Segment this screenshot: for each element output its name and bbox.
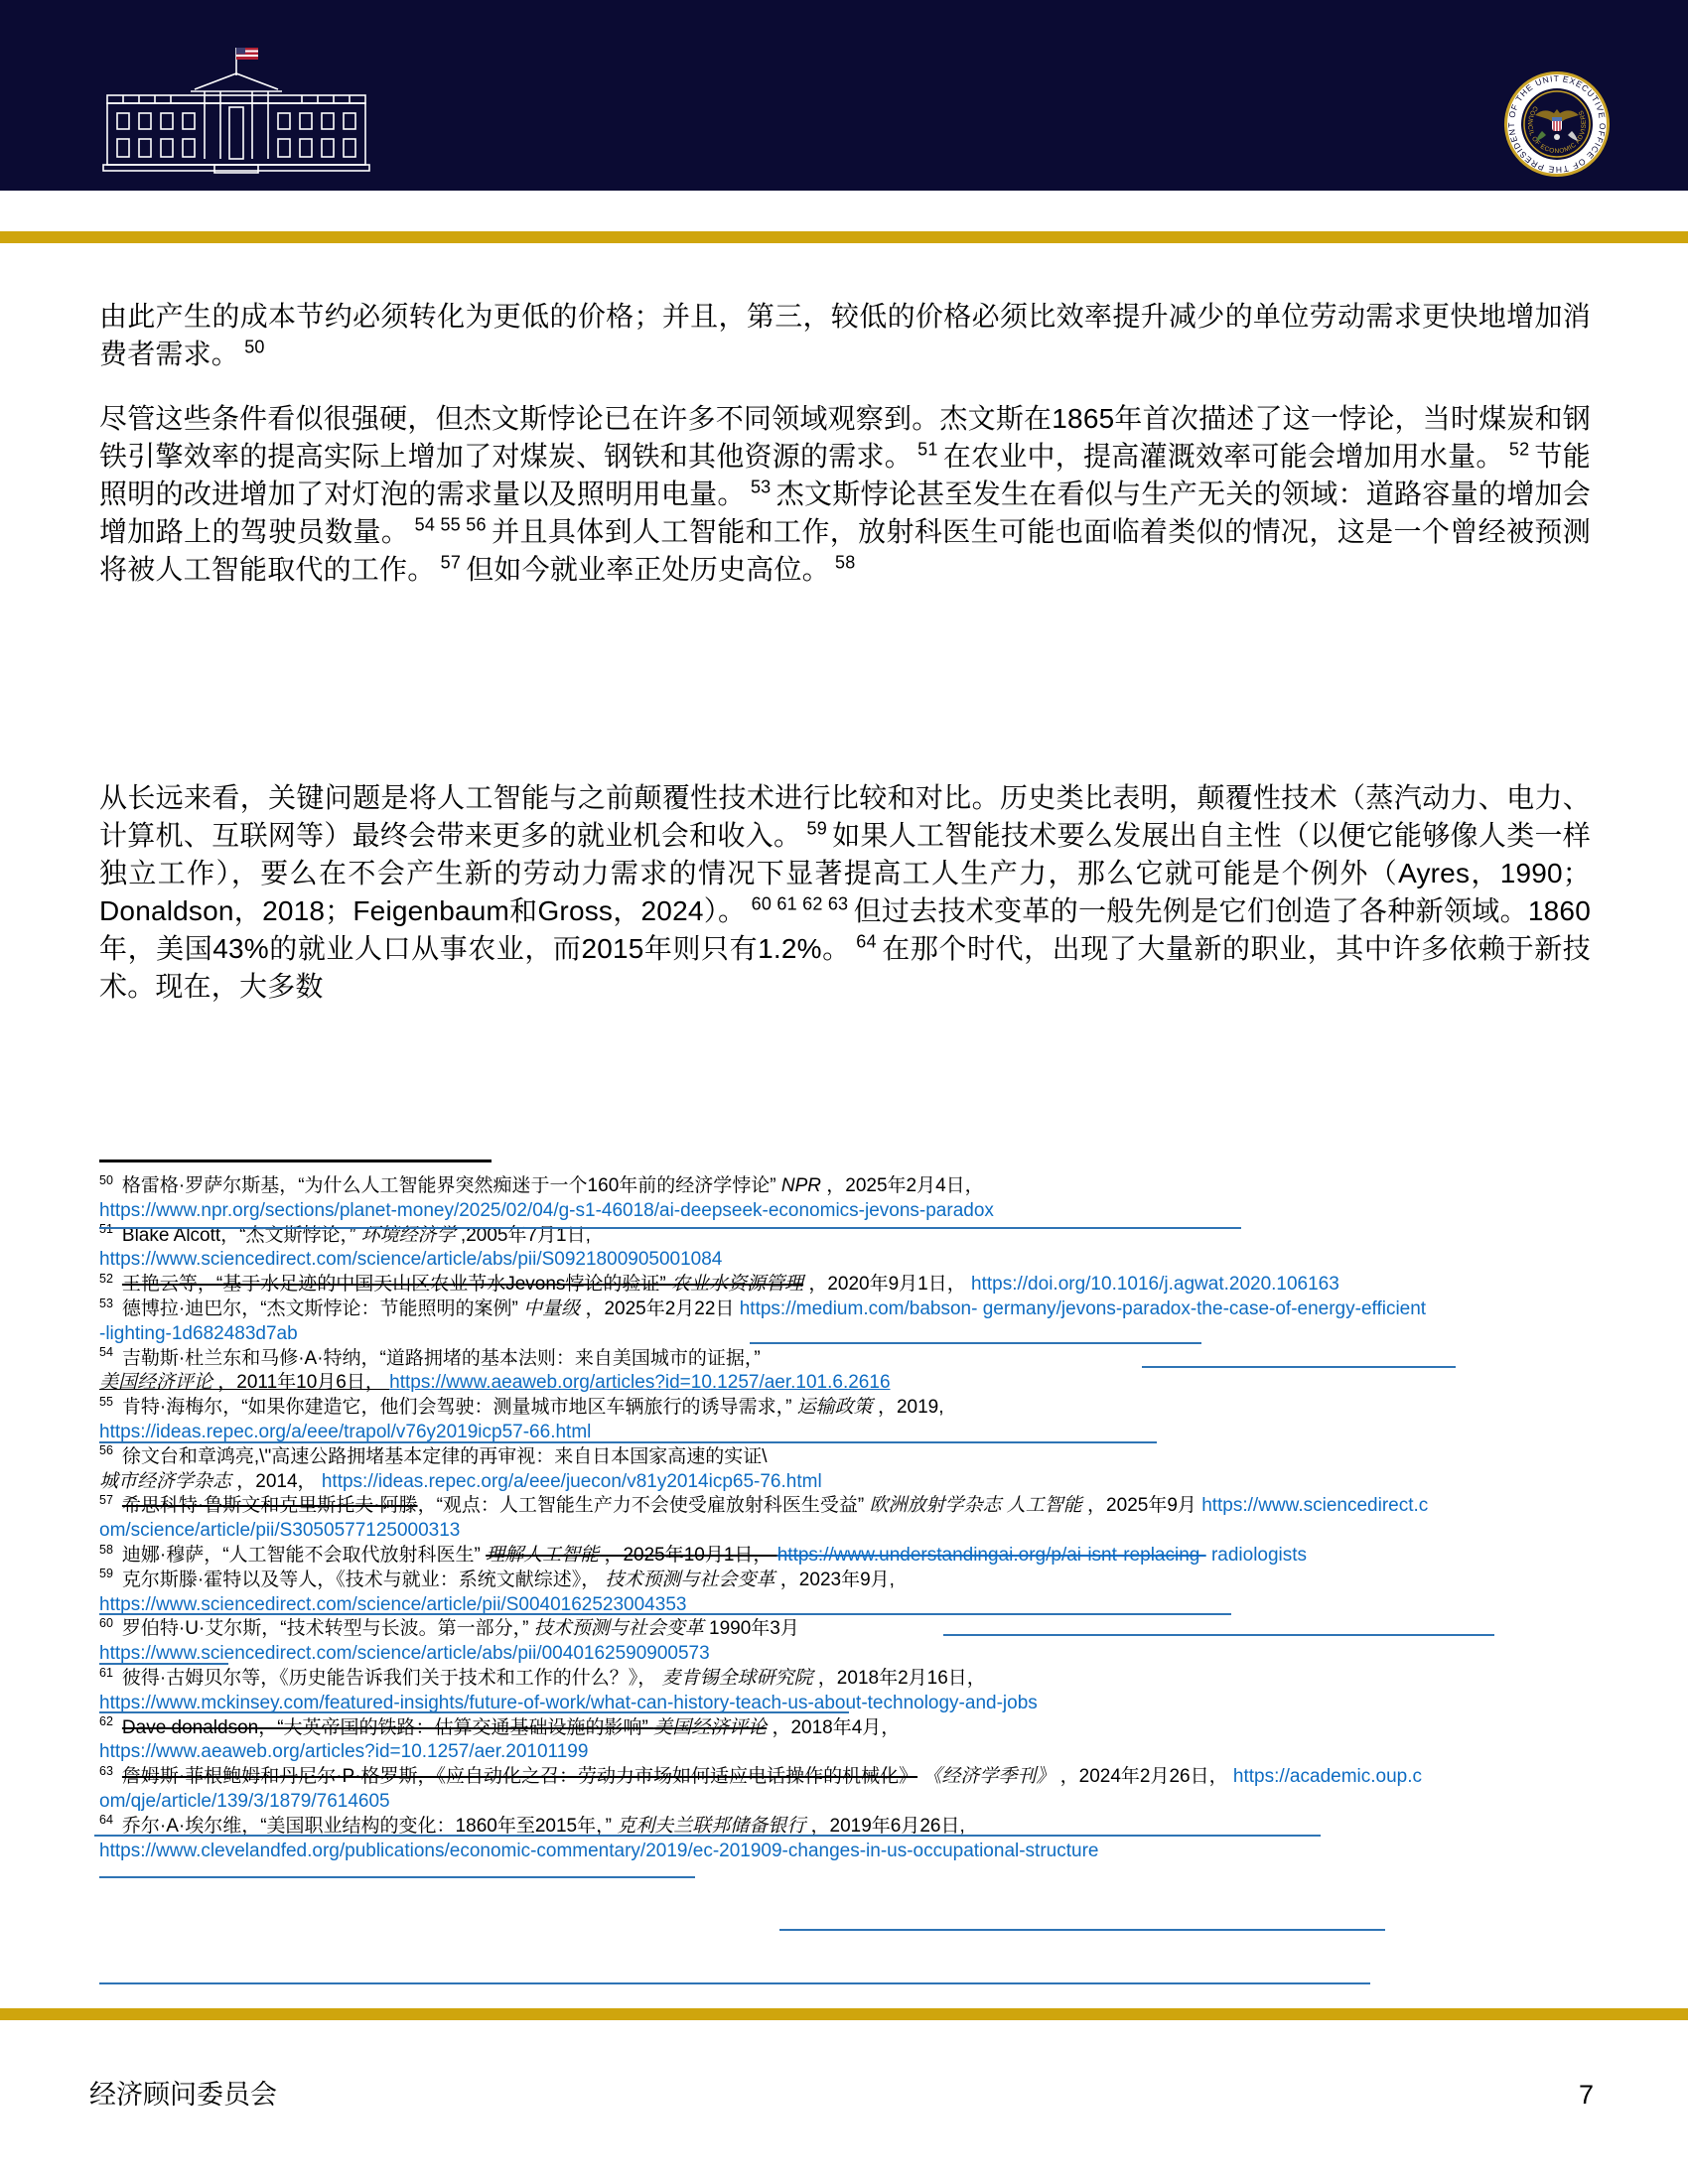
footnote-line: https://www.npr.org/sections/planet-mone… <box>99 1199 1628 1224</box>
hyperlink-underline-artifact <box>94 1835 1321 1837</box>
footnote-number: 53 <box>99 1297 113 1310</box>
text-segment: 詹姆斯·菲根鲍姆和丹尼尔·P·格罗斯，《应自动化之召：劳动力市场如何适应电话操作… <box>122 1766 917 1787</box>
footnote-number: 51 <box>99 1222 113 1236</box>
hyperlink-underline-artifact <box>99 1982 1370 1984</box>
text-segment: 王艳云等，“基于水足迹的中国天山区农业节水Jevons悖论的验证” <box>122 1274 671 1295</box>
footnote-number: 59 <box>99 1567 113 1580</box>
footnote-number: 62 <box>99 1714 113 1728</box>
text-segment: ，2024年2月26日， <box>1055 1766 1233 1787</box>
hyperlink-underline-artifact <box>99 1441 1157 1443</box>
footnote-line: 59克尔斯滕·霍特以及等人，《技术与就业：系统文献综述》， 技术预测与社会变革 … <box>99 1569 1628 1593</box>
footnote-ref: 64 <box>851 932 883 952</box>
text-segment: 技术预测与社会变革 <box>534 1618 704 1639</box>
hyperlink[interactable]: https://www.aeaweb.org/articles?id=10.12… <box>389 1372 890 1393</box>
footnote-line: 55肯特·海梅尔，“如果你建造它，他们会驾驶：测量城市地区车辆旅行的诱导需求，”… <box>99 1396 1628 1421</box>
text-segment: 美国经济评论 <box>653 1717 767 1738</box>
footnote-number: 61 <box>99 1666 113 1680</box>
text-segment: 彼得·古姆贝尔等，《历史能告诉我们关于技术和工作的什么？》， <box>122 1668 662 1689</box>
text-segment: ，2019, <box>873 1397 944 1418</box>
footnote-line: 城市经济学杂志 ，2014， https://ideas.repec.org/a… <box>99 1470 1628 1495</box>
footnote-ref: 53 <box>746 478 776 497</box>
gold-rule-bottom <box>0 2008 1688 2020</box>
text-segment: 克尔斯滕·霍特以及等人，《技术与就业：系统文献综述》， <box>122 1570 606 1590</box>
footnote-number: 58 <box>99 1543 113 1557</box>
footnote-line: 52王艳云等，“基于水足迹的中国天山区农业节水Jevons悖论的验证” 农业水资… <box>99 1273 1628 1297</box>
paragraph-historical-comparison: 从长远来看，关键问题是将人工智能与之前颠覆性技术进行比较和对比。历史类比表明，颠… <box>99 779 1591 1006</box>
footnote-line: https://www.sciencedirect.com/science/ar… <box>99 1642 1628 1667</box>
footnote-line: 61彼得·古姆贝尔等，《历史能告诉我们关于技术和工作的什么？》， 麦肯锡全球研究… <box>99 1667 1628 1692</box>
footnote-ref: 58 <box>830 553 856 573</box>
hyperlink[interactable]: https://ideas.repec.org/a/eee/trapol/v76… <box>99 1422 591 1442</box>
text-segment: 但如今就业率正处历史高位。 <box>466 554 830 585</box>
footnote-line: https://www.aeaweb.org/articles?id=10.12… <box>99 1740 1628 1765</box>
footnote-separator <box>99 1160 492 1162</box>
hyperlink[interactable]: -lighting-1d682483d7ab <box>99 1323 298 1344</box>
hyperlink-underline-artifact <box>943 1634 1494 1636</box>
footnote-line: 62Dave donaldson，“大英帝国的铁路：估算交通基础设施的影响” 美… <box>99 1716 1628 1741</box>
footnote-line: 63詹姆斯·菲根鲍姆和丹尼尔·P·格罗斯，《应自动化之召：劳动力市场如何适应电话… <box>99 1765 1628 1790</box>
text-segment: ，2025年2月4日， <box>821 1175 984 1196</box>
text-segment: ，“观点：人工智能生产力不会使受雇放射科医生受益” <box>418 1495 870 1516</box>
footnote-line: 58迪娜·穆萨，“人工智能不会取代放射科医生” 理解人工智能 ，2025年10月… <box>99 1544 1628 1569</box>
text-segment: NPR <box>781 1175 821 1196</box>
footnote-line: 60罗伯特·U·艾尔斯，“技术转型与长波。第一部分，” 技术预测与社会变革 19… <box>99 1617 1628 1642</box>
document-page: EXECUTIVE OFFICE OF THE PRESIDENT OF THE… <box>0 0 1688 2184</box>
text-segment: 罗伯特·U·艾尔斯，“技术转型与长波。第一部分，” <box>122 1618 534 1639</box>
text-segment: ，2025年2月22日 <box>580 1298 740 1319</box>
hyperlink-underline-artifact <box>1142 1366 1456 1368</box>
text-segment: ，2025年9月 <box>1082 1495 1201 1516</box>
paragraph-cost-savings: 由此产生的成本节约必须转化为更低的价格；并且，第三，较低的价格必须比效率提升减少… <box>99 298 1591 373</box>
footnote-number: 63 <box>99 1764 113 1778</box>
hyperlink[interactable]: https://www.understandingai.org/p/ai-isn… <box>777 1545 1206 1566</box>
footnote-line: om/qje/article/139/3/1879/7614605 <box>99 1790 1628 1815</box>
hyperlink[interactable]: https://www.mckinsey.com/featured-insigh… <box>99 1693 1038 1713</box>
hyperlink[interactable]: https://www.sciencedirect.c <box>1201 1495 1428 1516</box>
text-segment: 格雷格·罗萨尔斯基，“为什么人工智能界突然痴迷于一个160年前的经济学悖论” <box>122 1175 781 1196</box>
footnote-line: 57希思科特·鲁斯文和克里斯托夫·阿滕，“观点：人工智能生产力不会使受雇放射科医… <box>99 1494 1628 1519</box>
hyperlink[interactable]: https://www.clevelandfed.org/publication… <box>99 1841 1098 1861</box>
hyperlink[interactable]: https://www.sciencedirect.com/science/ar… <box>99 1249 722 1270</box>
text-segment: 迪娜·穆萨，“人工智能不会取代放射科医生” <box>122 1545 486 1566</box>
footnote-ref: 51 <box>913 440 943 460</box>
text-segment: 美国经济评论 <box>99 1372 212 1393</box>
hyperlink-underline-artifact <box>99 1663 228 1665</box>
text-segment: ，2025年10月1日， <box>599 1545 777 1566</box>
hyperlink[interactable]: https://doi.org/10.1016/j.agwat.2020.106… <box>971 1274 1339 1295</box>
text-segment: 中量级 <box>523 1298 580 1319</box>
us-flag-icon <box>236 48 258 60</box>
page-footer: 经济顾问委员会 7 <box>89 2073 1594 2112</box>
text-segment: ，2018年2月16日， <box>813 1668 986 1689</box>
footnote-line: 56徐文台和章鸿亮,\"高速公路拥堵基本定律的再审视：来自日本国家高速的实证\ <box>99 1445 1628 1470</box>
text-segment: 技术预测与社会变革 <box>606 1570 775 1590</box>
footnote-line: 50格雷格·罗萨尔斯基，“为什么人工智能界突然痴迷于一个160年前的经济学悖论”… <box>99 1174 1628 1199</box>
hyperlink[interactable]: om/qje/article/139/3/1879/7614605 <box>99 1791 390 1812</box>
footnote-number: 64 <box>99 1813 113 1827</box>
footnote-line: 美国经济评论 ，2011年10月6日， https://www.aeaweb.o… <box>99 1371 1628 1396</box>
hyperlink[interactable]: https://academic.oup.c <box>1233 1766 1422 1787</box>
hyperlink[interactable]: https://medium.com/babson- germany/jevon… <box>740 1298 1426 1319</box>
hyperlink[interactable]: https://www.sciencedirect.com/science/ar… <box>99 1643 710 1664</box>
hyperlink[interactable]: https://ideas.repec.org/a/eee/juecon/v81… <box>322 1471 822 1492</box>
hyperlink[interactable]: radiologists <box>1206 1545 1307 1566</box>
footnote-number: 55 <box>99 1395 113 1409</box>
text-segment: 德博拉·迪巴尔，“杰文斯悖论：节能照明的案例” <box>122 1298 523 1319</box>
text-segment: 在农业中，提高灌溉效率可能会增加用水量。 <box>943 441 1504 472</box>
footnotes-section: 50格雷格·罗萨尔斯基，“为什么人工智能界突然痴迷于一个160年前的经济学悖论”… <box>99 1174 1628 1863</box>
hyperlink-underline-artifact <box>750 1342 1201 1344</box>
footnote-number: 57 <box>99 1493 113 1507</box>
text-segment: 1990年3月 <box>704 1618 799 1639</box>
footnote-number: 52 <box>99 1272 113 1286</box>
hyperlink[interactable]: https://www.aeaweb.org/articles?id=10.12… <box>99 1741 588 1762</box>
text-segment: 肯特·海梅尔，“如果你建造它，他们会驾驶：测量城市地区车辆旅行的诱导需求，” <box>122 1397 797 1418</box>
footnote-line: https://www.clevelandfed.org/publication… <box>99 1840 1628 1864</box>
hyperlink-underline-artifact <box>779 1929 1385 1931</box>
hyperlink-underline-artifact <box>99 1711 849 1713</box>
footnote-ref: 50 <box>239 338 265 357</box>
text-segment: 理解人工智能 <box>486 1545 599 1566</box>
text-segment: 运输政策 <box>797 1397 873 1418</box>
text-segment: ，2020年9月1日， <box>803 1274 971 1295</box>
footnote-ref: 59 <box>801 819 832 839</box>
presidential-seal: EXECUTIVE OFFICE OF THE PRESIDENT OF THE… <box>1502 69 1612 179</box>
text-segment: 徐文台和章鸿亮,\"高速公路拥堵基本定律的再审视：来自日本国家高速的实证\ <box>122 1446 768 1467</box>
text-segment: 《经济学季刊》 <box>922 1766 1055 1787</box>
footnote-line: 53德博拉·迪巴尔，“杰文斯悖论：节能照明的案例” 中量级 ，2025年2月22… <box>99 1297 1628 1322</box>
page-number: 7 <box>1579 2080 1594 2111</box>
text-segment: 欧洲放射学杂志 人工智能 <box>870 1495 1082 1516</box>
footnote-number: 50 <box>99 1173 113 1187</box>
text-segment: 城市经济学杂志 <box>99 1471 231 1492</box>
footer-org-label: 经济顾问委员会 <box>89 2073 277 2112</box>
text-segment: 由此产生的成本节约必须转化为更低的价格；并且，第三，较低的价格必须比效率提升减少… <box>99 301 1591 369</box>
footnote-ref: 52 <box>1504 440 1535 460</box>
footnote-ref: 54 55 56 <box>409 515 492 535</box>
text-segment: ，2018年4月， <box>767 1717 900 1738</box>
header-band: EXECUTIVE OFFICE OF THE PRESIDENT OF THE… <box>0 0 1688 191</box>
hyperlink-underline-artifact <box>99 1876 695 1878</box>
hyperlink[interactable]: https://www.sciencedirect.com/science/ar… <box>99 1594 686 1615</box>
text-segment: ，2019年6月26日, <box>805 1816 965 1837</box>
footnote-number: 54 <box>99 1345 113 1359</box>
footnote-line: om/science/article/pii/S3050577125000313 <box>99 1519 1628 1544</box>
footnote-number: 60 <box>99 1616 113 1630</box>
hyperlink[interactable]: https://www.npr.org/sections/planet-mone… <box>99 1200 994 1221</box>
text-segment: 克利夫兰联邦储备银行 <box>617 1816 805 1837</box>
footnote-ref: 57 <box>435 553 466 573</box>
text-segment: ，2011年10月6日， <box>212 1372 389 1393</box>
footnote-line: https://www.sciencedirect.com/science/ar… <box>99 1248 1628 1273</box>
text-segment: 乔尔·A·埃尔维，“美国职业结构的变化：1860年至2015年，” <box>122 1816 617 1837</box>
text-segment: 希思科特·鲁斯文和克里斯托夫·阿滕 <box>122 1495 418 1516</box>
text-segment: ，2023年9月, <box>775 1570 895 1590</box>
paragraph-jevons-examples: 尽管这些条件看似很强硬，但杰文斯悖论已在许多不同领域观察到。杰文斯在1865年首… <box>99 400 1591 589</box>
text-segment: 麦肯锡全球研究院 <box>662 1668 813 1689</box>
hyperlink-underline-artifact <box>99 1227 1241 1229</box>
gold-rule-top <box>0 231 1688 243</box>
text-segment: Dave donaldson，“大英帝国的铁路：估算交通基础设施的影响” <box>122 1717 653 1738</box>
text-segment: 吉勒斯·杜兰东和马修·A·特纳，“道路拥堵的基本法则：来自美国城市的证据，” <box>122 1348 761 1369</box>
hyperlink[interactable]: om/science/article/pii/S3050577125000313 <box>99 1520 460 1541</box>
white-house-icon <box>87 38 385 177</box>
text-segment: ，2014， <box>231 1471 322 1492</box>
hyperlink-underline-artifact <box>99 1613 1231 1615</box>
text-segment: 农业水资源管理 <box>671 1274 803 1295</box>
footnote-ref: 60 61 62 63 <box>746 894 853 914</box>
footnote-number: 56 <box>99 1443 113 1457</box>
